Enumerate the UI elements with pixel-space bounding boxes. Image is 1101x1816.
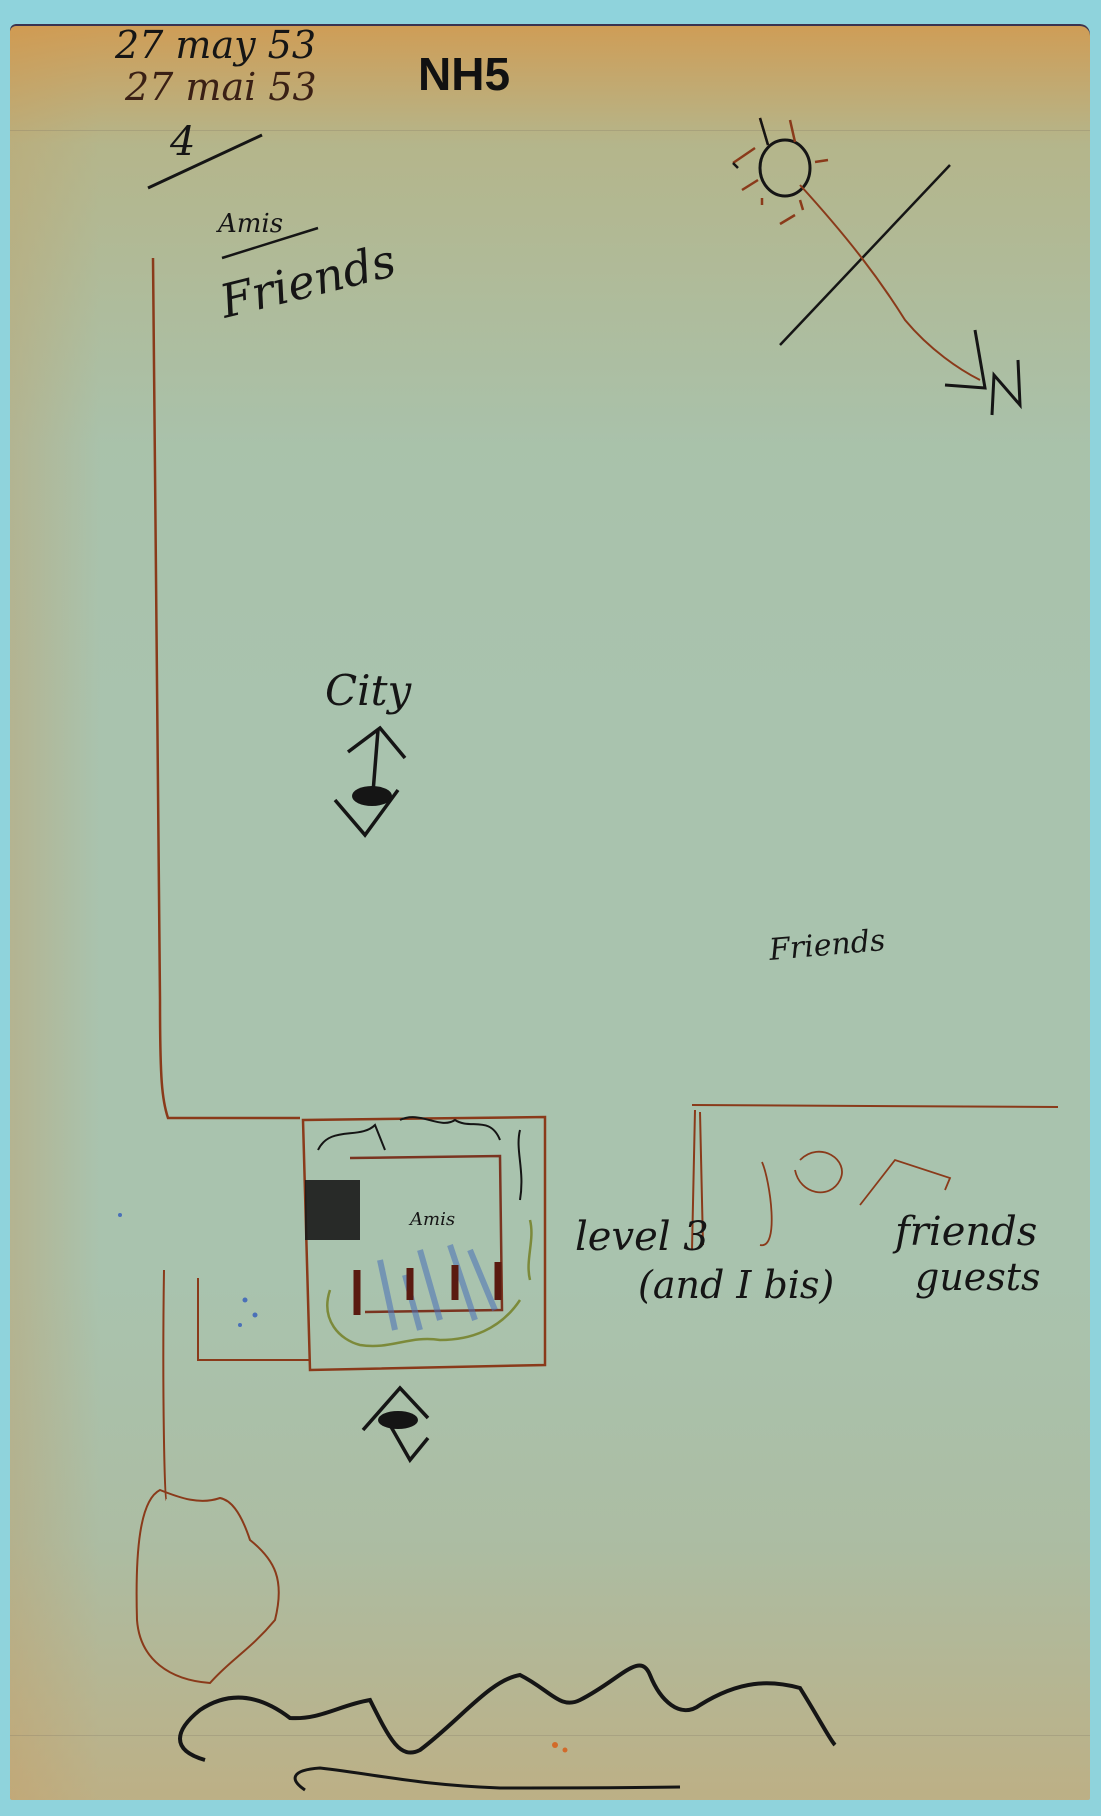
building-plot: Amis — [118, 1117, 545, 1370]
label-level: level 3 — [575, 1214, 709, 1260]
sun-icon — [733, 118, 828, 224]
eye-arrow-down-icon — [363, 1388, 428, 1460]
date-english: 27 may 53 — [114, 23, 316, 67]
ink-stain — [563, 1748, 568, 1753]
label-level-sub: (and I bis) — [638, 1263, 834, 1307]
left-boundary-line — [153, 258, 300, 1118]
mountain-range-icon — [180, 1665, 835, 1760]
date-french: 27 mai 53 — [124, 65, 317, 109]
sketch-canvas: 27 may 53 27 mai 53 4 NH5 Amis Friends C… — [0, 0, 1101, 1816]
label-friends-top: Friends — [214, 233, 401, 329]
north-arrow-icon — [780, 165, 1020, 415]
shoreline-stroke — [295, 1768, 680, 1790]
label-friends-guests: friends — [892, 1209, 1037, 1255]
left-path-line — [163, 1270, 166, 1500]
label-friends-right: Friends — [767, 923, 887, 968]
label-amis-top: Amis — [216, 209, 283, 239]
pond-shape-icon — [137, 1490, 279, 1683]
sheet-code: NH5 — [418, 48, 510, 100]
label-amis-center: Amis — [408, 1209, 455, 1230]
label-guests: guests — [915, 1255, 1041, 1299]
label-city: City — [325, 666, 412, 715]
eye-arrow-up-icon — [335, 728, 405, 835]
page-number: 4 — [169, 119, 195, 165]
ink-stain — [552, 1742, 558, 1748]
page-number-slash — [148, 135, 262, 188]
